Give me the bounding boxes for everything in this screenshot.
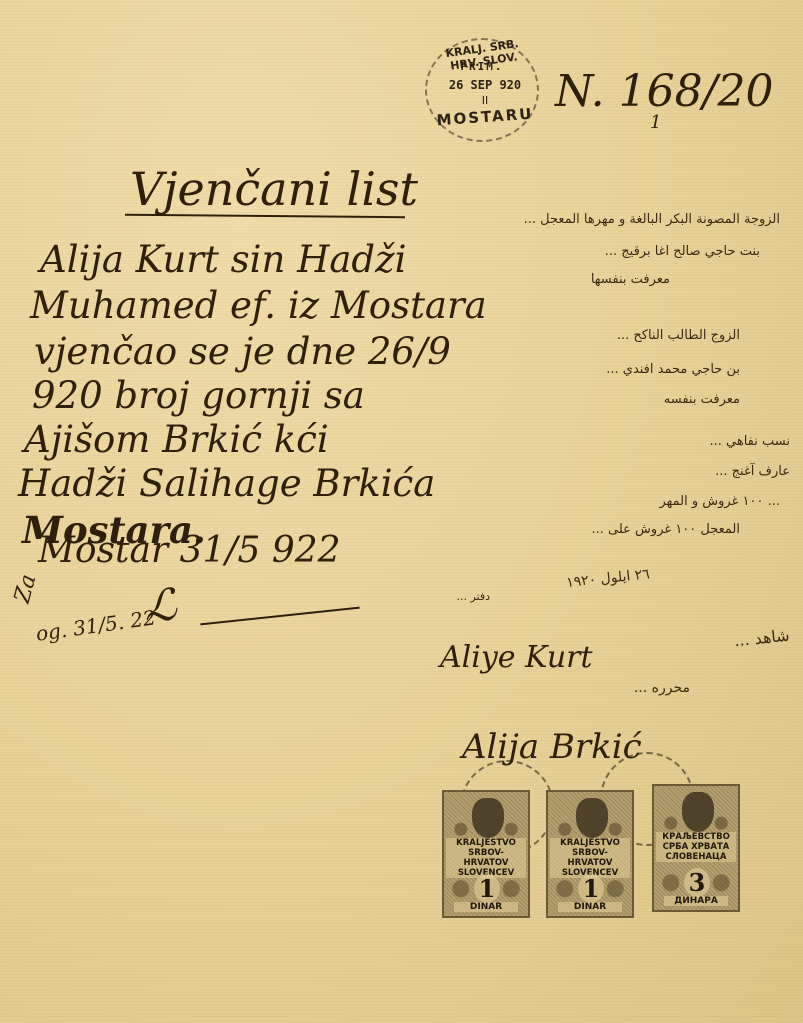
ottoman-line: بنت حاجي صالح اغا برقيج ... — [420, 244, 760, 259]
official-note-za: Za — [10, 572, 42, 606]
revenue-stamp-3-dinara: КРАЉЕВСТВО СРБА ХРВАТА СЛОВЕНАЦА 3 ДИНАР… — [652, 784, 740, 912]
revenue-stamp-1-dinar: KRALJESTVO SRBOV-HRVATOV SLOVENCEV 1 DIN… — [442, 790, 530, 918]
bride-signature: Alija Brkić — [462, 727, 642, 767]
ottoman-line: معرفت بنفسها — [420, 272, 670, 287]
ottoman-line: ... ١٠٠ غروش و المهر — [410, 494, 780, 509]
official-note-date: og. 31/5. 22 — [34, 605, 157, 646]
stamp-country: KRALJESTVO SRBOV-HRVATOV SLOVENCEV — [446, 838, 526, 878]
document-title: Vjenčani list — [130, 162, 418, 216]
postmark-label: PRIM. — [452, 60, 512, 73]
ottoman-line: المعجل ١٠٠ غروش على ... — [410, 522, 740, 537]
ottoman-line: معرفت بنفسه — [410, 392, 740, 407]
body-line: Muhamed ef. iz Mostara — [30, 284, 487, 327]
reference-number: N. 168/20 — [555, 66, 773, 117]
stamp-unit: DINAR — [454, 902, 518, 912]
place-date: Mostar 31/5 922 — [38, 530, 341, 571]
coat-of-arms-icon — [682, 792, 714, 832]
body-line: 920 broj gornji sa — [32, 374, 365, 417]
body-line: vjenčao se je dne 26/9 — [34, 330, 451, 373]
ottoman-signature: شاهد ... — [590, 626, 791, 666]
official-signature-stroke — [200, 607, 359, 626]
stamp-unit: DINAR — [558, 902, 622, 912]
body-line: Alija Kurt sin Hadži — [40, 238, 406, 281]
groom-signature: Aliye Kurt — [440, 640, 593, 675]
ottoman-line: بن حاجي محمد افندي ... — [410, 362, 740, 377]
stamp-country: KRALJESTVO SRBOV-HRVATOV SLOVENCEV — [550, 838, 630, 878]
stamp-country: КРАЉЕВСТВО СРБА ХРВАТА СЛОВЕНАЦА — [656, 832, 736, 862]
stamp-value: 1 — [474, 874, 500, 903]
revenue-stamp-1-dinar: KRALJESTVO SRBOV-HRVATOV SLOVENCEV 1 DIN… — [546, 790, 634, 918]
coat-of-arms-icon — [576, 798, 608, 838]
body-line: Hadži Salihage Brkića — [18, 462, 435, 505]
ottoman-register-note: دفتر ... — [420, 590, 490, 603]
body-line: Ajišom Brkić kći — [24, 418, 329, 461]
official-signature: ℒ — [145, 580, 177, 631]
ottoman-line: نسب نفاهي ... — [410, 434, 790, 449]
ottoman-line: الزوجة المصونة البكر البالغة و مهرها الم… — [420, 212, 780, 227]
postmark-sub: II — [478, 94, 492, 107]
reference-sub: 1 — [650, 112, 661, 133]
ottoman-line: عارف آغنج ... — [410, 464, 790, 479]
coat-of-arms-icon — [472, 798, 504, 838]
ottoman-signature: محرره ... — [600, 680, 690, 696]
stamp-value: 1 — [578, 874, 604, 903]
stamp-value: 3 — [684, 868, 710, 897]
postmark-date: 26 SEP 920 — [440, 78, 530, 92]
stamp-unit: ДИНАРА — [664, 896, 728, 906]
ottoman-date: ٢٦ ايلول ١٩٢٠ — [539, 566, 650, 593]
ottoman-line: الزوج الطالب الناكح ... — [410, 328, 740, 343]
